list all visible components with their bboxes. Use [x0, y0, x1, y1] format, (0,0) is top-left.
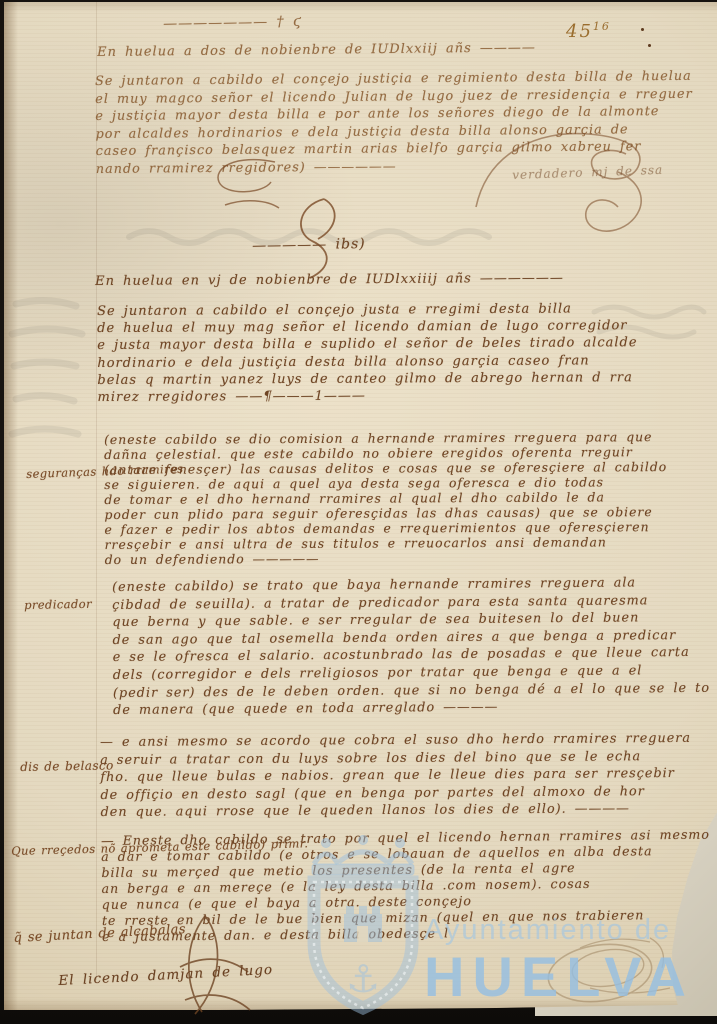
- folio-number: 4516: [566, 20, 611, 42]
- paragraph-3: (eneste cabildo se dio comision a hernan…: [104, 429, 668, 567]
- text-line: verdadero: [512, 166, 584, 182]
- text-line: q̃ se juntan: [13, 927, 93, 946]
- paragraph-2: Se juntaron a cabildo el conçejo justa e…: [97, 300, 638, 406]
- paragraph-1: Se juntaron a cabildo el conçejo justiçi…: [95, 68, 693, 178]
- top-cross-mark: ——————— † ϛ: [163, 14, 302, 32]
- text-line: Que rreçedos: [11, 842, 96, 858]
- text-line: mirez rregidores ——¶———1———: [97, 386, 637, 406]
- paragraph-5: — e ansi mesmo se acordo que cobra el su…: [100, 730, 692, 822]
- text-line: belas q martin yanez luys de canteo gilm…: [97, 369, 637, 389]
- folio-main: 45: [566, 21, 593, 42]
- paragraph-6: — Eneste dho cabildo se trato por quel e…: [101, 827, 711, 945]
- text-line: rresçebir e ansi ultra de sus titulos e …: [105, 534, 668, 552]
- paragraph-4: (eneste cabildo) se trato que baya herna…: [112, 574, 710, 720]
- margin-note: predicador: [24, 597, 92, 612]
- text-line: de alcabalas: [98, 922, 186, 942]
- ink-dot: [648, 44, 651, 47]
- bleed-through-marks: [6, 294, 96, 474]
- text-line: seguranças: [26, 465, 97, 481]
- folio-superscript: 16: [593, 20, 611, 33]
- ink-dot: [641, 28, 644, 31]
- text-line: de lugo: [212, 962, 273, 981]
- ihs-mark: ————— ibs): [252, 236, 366, 254]
- text-line: mj de ssa: [591, 163, 663, 180]
- scanned-manuscript-photo: 4516 ——————— † ϛ En huelua a dos de nobi…: [0, 0, 717, 1024]
- text-line: do un defendiendo —————: [105, 549, 668, 567]
